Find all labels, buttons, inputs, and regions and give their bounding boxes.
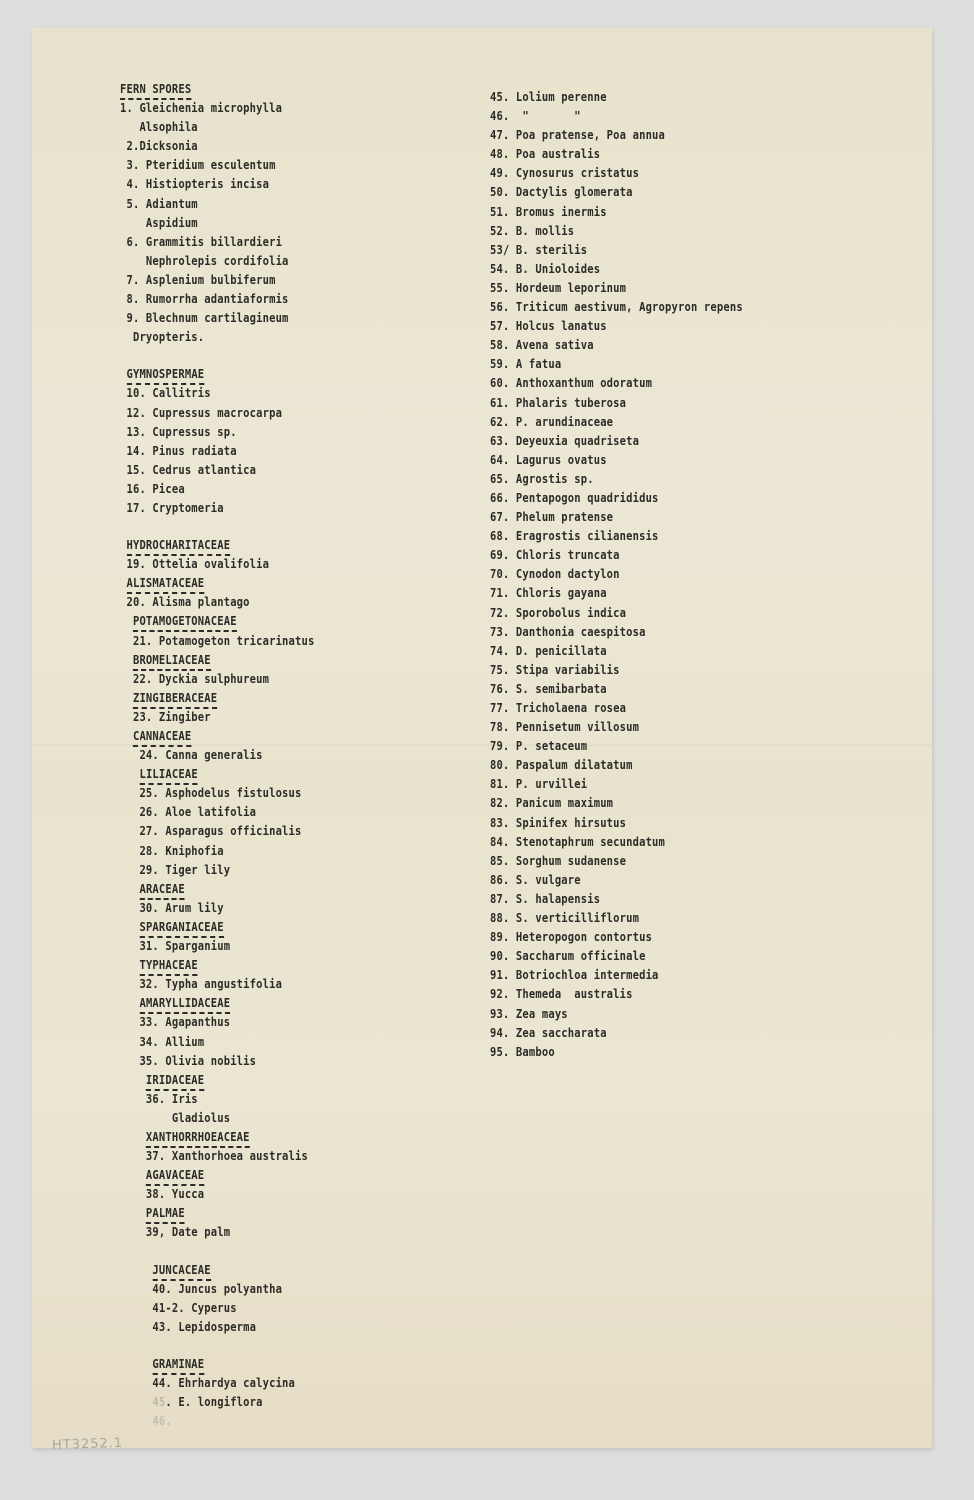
species-item: 65. Agrostis sp. — [490, 470, 743, 489]
species-item: 88. S. verticilliflorum — [490, 909, 743, 928]
species-item: 20. Alisma plantago — [120, 593, 314, 612]
family-heading-text: LILIACEAE — [139, 767, 197, 785]
species-item: 66. Pentapogon quadrididus — [490, 489, 743, 508]
species-item: 32. Typha angustifolia — [120, 975, 314, 994]
family-heading-text: ARACEAE — [139, 882, 184, 900]
item-text: . E. longiflora — [165, 1395, 262, 1409]
species-item: 67. Phelum pratense — [490, 508, 743, 527]
species-item: 22. Dyckia sulphureum — [120, 670, 314, 689]
species-item: 79. P. setaceum — [490, 737, 743, 756]
family-heading: LILIACEAE — [120, 765, 314, 784]
species-item: 78. Pennisetum villosum — [490, 718, 743, 737]
family-heading: GYMNOSPERMAE — [120, 365, 314, 384]
family-heading: TYPHACEAE — [120, 956, 314, 975]
family-heading: POTAMOGETONACEAE — [120, 612, 314, 631]
species-item: 6. Grammitis billardieri — [120, 233, 314, 252]
family-heading: AMARYLLIDACEAE — [120, 994, 314, 1013]
section-gap — [120, 518, 346, 536]
species-item: 12. Cupressus macrocarpa — [120, 404, 314, 423]
family-heading: HYDROCHARITACEAE — [120, 536, 314, 555]
species-item: 95. Bamboo — [490, 1043, 743, 1062]
species-item: 7. Asplenium bulbiferum — [120, 271, 314, 290]
family-heading-text: AMARYLLIDACEAE — [139, 996, 230, 1014]
species-item: 74. D. penicillata — [490, 642, 743, 661]
species-item: 59. A fatua — [490, 355, 743, 374]
species-item: 17. Cryptomeria — [120, 499, 314, 518]
species-item: 92. Themeda australis — [490, 985, 743, 1004]
species-item: 76. S. semibarbata — [490, 680, 743, 699]
species-item: 63. Deyeuxia quadriseta — [490, 432, 743, 451]
species-item: 71. Chloris gayana — [490, 584, 743, 603]
species-item: 13. Cupressus sp. — [120, 423, 314, 442]
family-heading-text: AGAVACEAE — [146, 1168, 204, 1186]
species-item: 33. Agapanthus — [120, 1013, 314, 1032]
species-item: 93. Zea mays — [490, 1005, 743, 1024]
family-heading: JUNCACEAE — [120, 1261, 314, 1280]
family-heading: GRAMINAE — [120, 1355, 314, 1374]
family-heading: PALMAE — [120, 1204, 314, 1223]
species-item: 50. Dactylis glomerata — [490, 183, 743, 202]
species-item: 9. Blechnum cartilagineum — [120, 309, 314, 328]
species-item: 60. Anthoxanthum odoratum — [490, 374, 743, 393]
species-item: 4. Histiopteris incisa — [120, 175, 314, 194]
species-item: 85. Sorghum sudanense — [490, 852, 743, 871]
family-heading: FERN SPORES — [120, 80, 314, 99]
species-item: 8. Rumorrha adantiaformis — [120, 290, 314, 309]
family-heading-text: BROMELIACEAE — [133, 653, 211, 671]
family-heading: CANNACEAE — [120, 727, 314, 746]
family-heading-text: POTAMOGETONACEAE — [133, 614, 237, 632]
family-heading-text: FERN SPORES — [120, 82, 191, 100]
species-subitem: Nephrolepis cordifolia — [120, 252, 314, 271]
family-heading-text: HYDROCHARITACEAE — [126, 538, 230, 556]
species-item: 19. Ottelia ovalifolia — [120, 555, 314, 574]
species-subitem: Aspidium — [120, 214, 314, 233]
species-item: 73. Danthonia caespitosa — [490, 623, 743, 642]
paper-sheet: FERN SPORES1. Gleichenia microphylla Als… — [32, 28, 932, 1448]
species-item: 54. B. Unioloides — [490, 260, 743, 279]
species-item: 90. Saccharum officinale — [490, 947, 743, 966]
species-item: 44. Ehrhardya calycina — [120, 1374, 314, 1393]
species-item: 29. Tiger lily — [120, 861, 314, 880]
species-item: 21. Potamogeton tricarinatus — [120, 632, 314, 651]
family-heading-text: JUNCACEAE — [152, 1263, 210, 1281]
species-item: 62. P. arundinaceae — [490, 413, 743, 432]
species-item-faint: 46. — [120, 1412, 314, 1431]
species-item: 55. Hordeum leporinum — [490, 279, 743, 298]
family-heading: SPARGANIACEAE — [120, 918, 314, 937]
species-item: 36. Iris — [120, 1090, 314, 1109]
species-item: 69. Chloris truncata — [490, 546, 743, 565]
family-heading-text: XANTHORRHOEACEAE — [146, 1130, 250, 1148]
family-heading: AGAVACEAE — [120, 1166, 314, 1185]
species-item: 35. Olivia nobilis — [120, 1052, 314, 1071]
species-item: 84. Stenotaphrum secundatum — [490, 833, 743, 852]
family-heading: ALISMATACEAE — [120, 574, 314, 593]
species-item: 94. Zea saccharata — [490, 1024, 743, 1043]
family-heading: XANTHORRHOEACEAE — [120, 1128, 314, 1147]
species-item: 37. Xanthorhoea australis — [120, 1147, 314, 1166]
family-heading: ARACEAE — [120, 880, 314, 899]
species-item: 70. Cynodon dactylon — [490, 565, 743, 584]
species-item: 14. Pinus radiata — [120, 442, 314, 461]
species-item: 28. Kniphofia — [120, 842, 314, 861]
species-item: 61. Phalaris tuberosa — [490, 394, 743, 413]
family-heading-text: CANNACEAE — [133, 729, 191, 747]
species-item: 39, Date palm — [120, 1223, 314, 1242]
family-heading-text: TYPHACEAE — [139, 958, 197, 976]
species-item: 45. E. longiflora — [120, 1393, 314, 1412]
family-heading-text: IRIDACEAE — [146, 1073, 204, 1091]
species-item: 41-2. Cyperus — [120, 1299, 314, 1318]
species-subitem: Gladiolus — [120, 1109, 314, 1128]
species-item: 48. Poa australis — [490, 145, 743, 164]
species-item: 2.Dicksonia — [120, 137, 314, 156]
catalog-number: HT3252.1 — [52, 1436, 124, 1453]
species-item: 47. Poa pratense, Poa annua — [490, 126, 743, 145]
family-heading-text: PALMAE — [146, 1206, 185, 1224]
family-heading-text: ALISMATACEAE — [126, 576, 204, 594]
species-item: 46. " " — [490, 107, 743, 126]
species-item: 91. Botriochloa intermedia — [490, 966, 743, 985]
family-heading-text: SPARGANIACEAE — [139, 920, 223, 938]
section-gap — [120, 1243, 346, 1261]
species-subitem: Alsophila — [120, 118, 314, 137]
species-item: 27. Asparagus officinalis — [120, 822, 314, 841]
species-item: 26. Aloe latifolia — [120, 803, 314, 822]
species-item: 81. P. urvillei — [490, 775, 743, 794]
species-item: 16. Picea — [120, 480, 314, 499]
species-item: 72. Sporobolus indica — [490, 604, 743, 623]
family-heading: ZINGIBERACEAE — [120, 689, 314, 708]
species-item: 49. Cynosurus cristatus — [490, 164, 743, 183]
species-item: 51. Bromus inermis — [490, 203, 743, 222]
species-item: 75. Stipa variabilis — [490, 661, 743, 680]
species-item: 89. Heteropogon contortus — [490, 928, 743, 947]
family-heading: BROMELIACEAE — [120, 651, 314, 670]
species-subitem: Dryopteris. — [120, 328, 314, 347]
species-item: 87. S. halapensis — [490, 890, 743, 909]
species-item: 82. Panicum maximum — [490, 794, 743, 813]
species-item: 31. Sparganium — [120, 937, 314, 956]
species-item: 34. Allium — [120, 1033, 314, 1052]
section-gap — [120, 347, 346, 365]
right-column: 45. Lolium perenne46. " "47. Poa pratens… — [490, 88, 784, 1062]
species-item: 43. Lepidosperma — [120, 1318, 314, 1337]
species-item: 38. Yucca — [120, 1185, 314, 1204]
species-item: 53/ B. sterilis — [490, 241, 743, 260]
species-item: 45. Lolium perenne — [490, 88, 743, 107]
family-heading-text: ZINGIBERACEAE — [133, 691, 217, 709]
species-item: 23. Zingiber — [120, 708, 314, 727]
species-item: 77. Tricholaena rosea — [490, 699, 743, 718]
species-item: 24. Canna generalis — [120, 746, 314, 765]
species-item: 10. Callitris — [120, 384, 314, 403]
species-item: 30. Arum lily — [120, 899, 314, 918]
family-heading-text: GRAMINAE — [152, 1357, 204, 1375]
species-item: 25. Asphodelus fistulosus — [120, 784, 314, 803]
species-item: 3. Pteridium esculentum — [120, 156, 314, 175]
species-item: 40. Juncus polyantha — [120, 1280, 314, 1299]
section-gap — [120, 1337, 346, 1355]
species-item: 64. Lagurus ovatus — [490, 451, 743, 470]
species-item: 80. Paspalum dilatatum — [490, 756, 743, 775]
species-item: 57. Holcus lanatus — [490, 317, 743, 336]
item-number-faint: 45 — [120, 1395, 165, 1409]
left-column: FERN SPORES1. Gleichenia microphylla Als… — [120, 80, 346, 1431]
family-heading: IRIDACEAE — [120, 1071, 314, 1090]
species-item: 5. Adiantum — [120, 195, 314, 214]
species-item: 83. Spinifex hirsutus — [490, 814, 743, 833]
species-item: 56. Triticum aestivum, Agropyron repens — [490, 298, 743, 317]
species-item: 86. S. vulgare — [490, 871, 743, 890]
species-item: 68. Eragrostis cilianensis — [490, 527, 743, 546]
species-item: 52. B. mollis — [490, 222, 743, 241]
species-item: 1. Gleichenia microphylla — [120, 99, 314, 118]
family-heading-text: GYMNOSPERMAE — [126, 367, 204, 385]
species-item: 15. Cedrus atlantica — [120, 461, 314, 480]
species-item: 58. Avena sativa — [490, 336, 743, 355]
